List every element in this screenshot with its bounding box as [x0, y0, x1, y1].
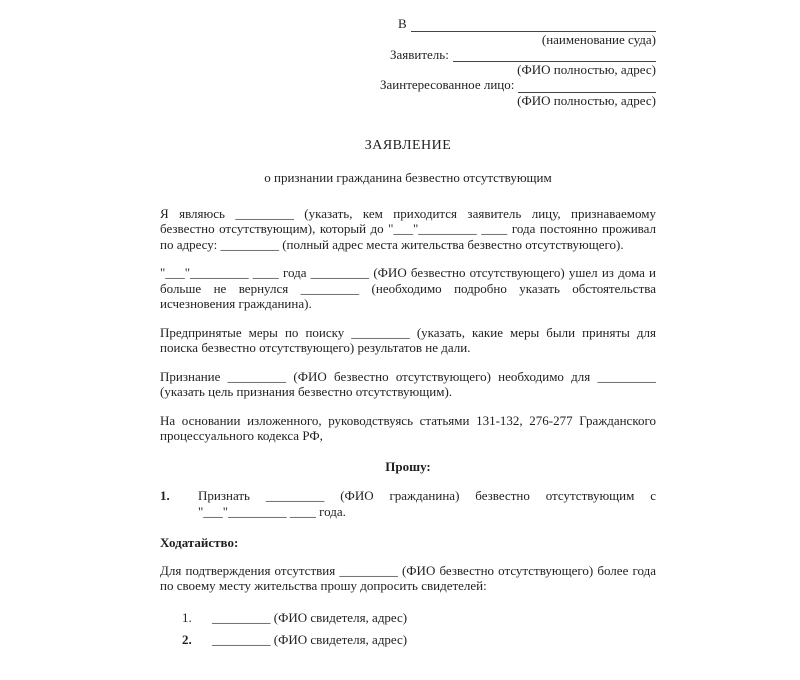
- document-body: Я являюсь _________ (указать, кем приход…: [160, 206, 656, 444]
- interested-party-label: Заинтересованное лицо:: [380, 77, 514, 93]
- motion-heading: Ходатайство:: [160, 535, 656, 551]
- paragraph-relation: Я являюсь _________ (указать, кем приход…: [160, 206, 656, 253]
- court-name-caption: (наименование суда): [380, 32, 656, 47]
- applicant-blank-line: [453, 49, 656, 62]
- court-name-line: В: [380, 16, 656, 32]
- request-item-text: Признать _________ (ФИО гражданина) безв…: [198, 488, 656, 519]
- court-header-block: В (наименование суда) Заявитель: (ФИО по…: [380, 16, 656, 108]
- paragraph-search-measures: Предпринятые меры по поиску _________ (у…: [160, 325, 656, 356]
- witness-2-text: _________ (ФИО свидетеля, адрес): [212, 632, 656, 648]
- court-prefix: В: [398, 16, 407, 32]
- applicant-line: Заявитель:: [380, 47, 656, 63]
- witness-1-number: 1.: [182, 610, 212, 626]
- witness-list: 1. _________ (ФИО свидетеля, адрес) 2. _…: [182, 610, 656, 648]
- interested-party-line: Заинтересованное лицо:: [380, 77, 656, 93]
- applicant-label: Заявитель:: [390, 47, 449, 63]
- interested-party-caption: (ФИО полностью, адрес): [380, 93, 656, 108]
- document-page: В (наименование суда) Заявитель: (ФИО по…: [0, 0, 800, 680]
- interested-party-blank-line: [518, 80, 656, 93]
- witness-1-text: _________ (ФИО свидетеля, адрес): [212, 610, 656, 626]
- request-item: 1. Признать _________ (ФИО гражданина) б…: [160, 488, 656, 519]
- witness-2-number: 2.: [182, 632, 212, 648]
- document-subtitle: о признании гражданина безвестно отсутст…: [160, 170, 656, 186]
- applicant-caption: (ФИО полностью, адрес): [380, 62, 656, 77]
- witness-row-2: 2. _________ (ФИО свидетеля, адрес): [182, 632, 656, 648]
- paragraph-legal-basis: На основании изложенного, руководствуясь…: [160, 413, 656, 444]
- paragraph-purpose: Признание _________ (ФИО безвестно отсут…: [160, 369, 656, 400]
- request-item-number: 1.: [160, 488, 198, 519]
- paragraph-disappearance: "___"_________ ____ года _________ (ФИО …: [160, 265, 656, 312]
- motion-intro: Для подтверждения отсутствия _________ (…: [160, 563, 656, 594]
- court-name-blank-line: [411, 19, 656, 32]
- application-document: В (наименование суда) Заявитель: (ФИО по…: [160, 16, 656, 655]
- witness-row-1: 1. _________ (ФИО свидетеля, адрес): [182, 610, 656, 626]
- document-title: ЗАЯВЛЕНИЕ: [160, 138, 656, 154]
- request-heading: Прошу:: [160, 459, 656, 475]
